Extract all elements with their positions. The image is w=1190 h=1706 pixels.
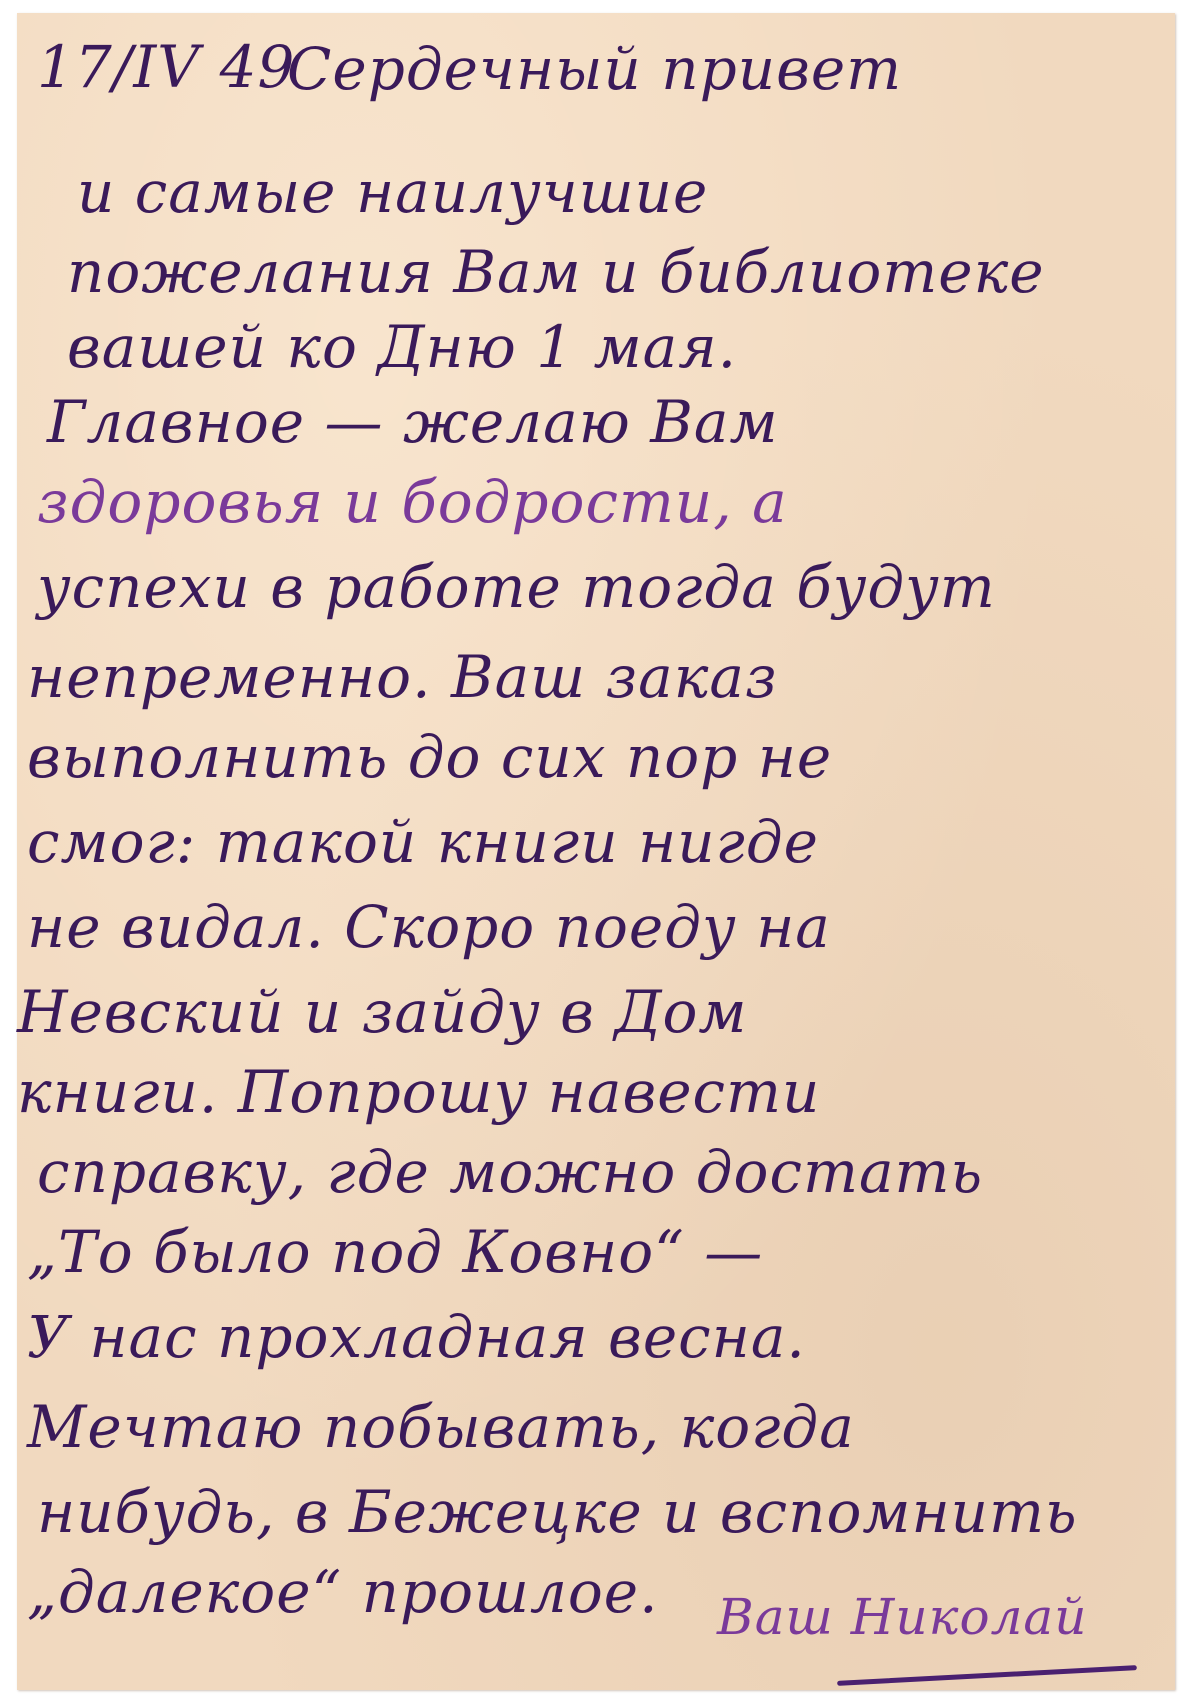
letter-line-18: нибудь, в Бежецке и вспомнить [37,1478,1078,1546]
letter-line-19: „далекое“ прошлое. [27,1558,659,1626]
letter-signature: Ваш Николай [717,1588,1087,1646]
letter-line-10: смог: такой книги нигде [27,808,819,876]
letter-line-6: здоровья и бодрости, а [37,468,788,536]
letter-paper: 17/IV 49 Сердечный привет и самые наилуч… [17,13,1175,1690]
letter-line-9: выполнить до сих пор не [27,723,832,791]
letter-line-1: Сердечный привет [287,35,902,103]
letter-line-7: успехи в работе тогда будут [37,553,996,621]
letter-line-12: Невский и зайду в Дом [17,978,747,1046]
letter-line-15: „То было под Ковно“ — [27,1218,763,1286]
letter-line-5: Главное — желаю Вам [47,388,779,456]
signature-underline [837,1665,1137,1686]
letter-line-11: не видал. Скоро поеду на [27,893,831,961]
letter-line-2: и самые наилучшие [77,158,708,226]
letter-line-13: книги. Попрошу навести [17,1058,820,1126]
letter-line-14: справку, где можно достать [37,1138,983,1206]
letter-line-17: Мечтаю побывать, когда [27,1393,855,1461]
letter-line-3: пожелания Вам и библиотеке [67,238,1045,306]
letter-date: 17/IV 49 [37,33,295,101]
letter-line-4: вашей ко Дню 1 мая. [67,313,737,381]
letter-line-16: У нас прохладная весна. [27,1303,806,1371]
letter-line-8: непременно. Ваш заказ [27,643,778,711]
